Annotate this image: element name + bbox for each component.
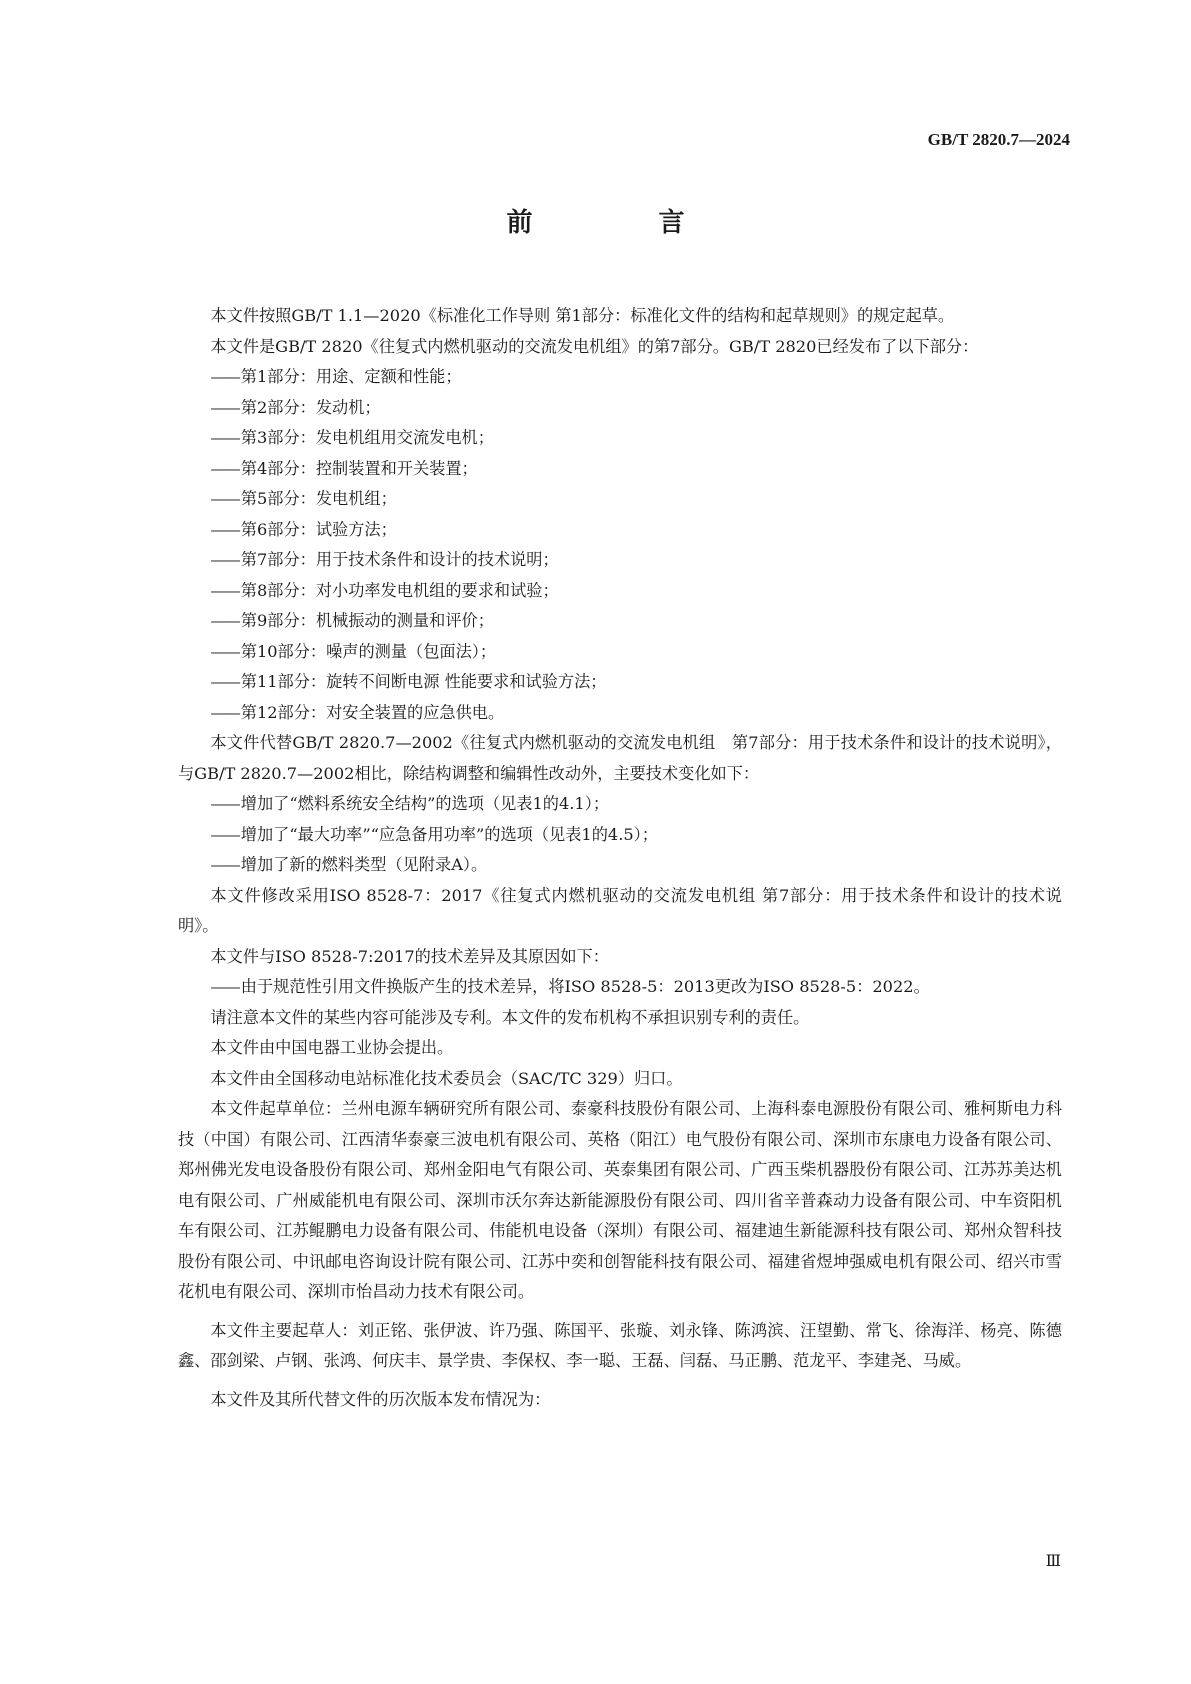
standard-code: GB/T 2820.7—2024 xyxy=(928,130,1070,150)
list-item: 第11部分：旋转不间断电源 性能要求和试验方法； xyxy=(178,667,1062,698)
list-item: 增加了“最大功率”“应急备用功率”的选项（见表1的4.5）； xyxy=(178,820,1062,851)
list-item: 增加了新的燃料类型（见附录A）。 xyxy=(178,850,1062,881)
list-item: 第6部分：试验方法； xyxy=(178,515,1062,546)
list-item: 增加了“燃料系统安全结构”的选项（见表1的4.1）； xyxy=(178,789,1062,820)
paragraph-adoption: 本文件修改采用ISO 8528-7：2017《往复式内燃机驱动的交流发电机组 第… xyxy=(178,881,1062,942)
list-item: 第8部分：对小功率发电机组的要求和试验； xyxy=(178,576,1062,607)
paragraph-replaces: 本文件代替GB/T 2820.7—2002《往复式内燃机驱动的交流发电机组 第7… xyxy=(178,728,1062,789)
changes-list: 增加了“燃料系统安全结构”的选项（见表1的4.1）； 增加了“最大功率”“应急备… xyxy=(178,789,1062,881)
list-item: 第7部分：用于技术条件和设计的技术说明； xyxy=(178,545,1062,576)
foreword-body: 本文件按照GB/T 1.1—2020《标准化工作导则 第1部分：标准化文件的结构… xyxy=(178,301,1062,1415)
page-title: 前 言 xyxy=(0,202,1191,239)
paragraph-differences-intro: 本文件与ISO 8528-7:2017的技术差异及其原因如下： xyxy=(178,942,1062,973)
paragraph-series-intro: 本文件是GB/T 2820《往复式内燃机驱动的交流发电机组》的第7部分。GB/T… xyxy=(178,332,1062,363)
list-item: 第9部分：机械振动的测量和评价； xyxy=(178,606,1062,637)
list-item: 第3部分：发电机组用交流发电机； xyxy=(178,423,1062,454)
paragraph-proposer: 本文件由中国电器工业协会提出。 xyxy=(178,1033,1062,1064)
page-number: Ⅲ xyxy=(1046,1551,1061,1571)
paragraph-committee: 本文件由全国移动电站标准化技术委员会（SAC/TC 329）归口。 xyxy=(178,1064,1062,1095)
list-item: 第1部分：用途、定额和性能； xyxy=(178,362,1062,393)
paragraph-drafters: 本文件主要起草人：刘正铭、张伊波、许乃强、陈国平、张璇、刘永锋、陈鸿滨、汪望勤、… xyxy=(178,1316,1062,1377)
paragraph-drafting-units: 本文件起草单位：兰州电源车辆研究所有限公司、泰豪科技股份有限公司、上海科泰电源股… xyxy=(178,1094,1062,1308)
paragraph-history: 本文件及其所代替文件的历次版本发布情况为： xyxy=(178,1385,1062,1416)
list-item: 第12部分：对安全装置的应急供电。 xyxy=(178,698,1062,729)
list-item: 第2部分：发动机； xyxy=(178,393,1062,424)
list-item: 由于规范性引用文件换版产生的技术差异，将ISO 8528-5：2013更改为IS… xyxy=(178,972,1062,1003)
differences-list: 由于规范性引用文件换版产生的技术差异，将ISO 8528-5：2013更改为IS… xyxy=(178,972,1062,1003)
paragraph-patent-notice: 请注意本文件的某些内容可能涉及专利。本文件的发布机构不承担识别专利的责任。 xyxy=(178,1003,1062,1034)
parts-list: 第1部分：用途、定额和性能； 第2部分：发动机； 第3部分：发电机组用交流发电机… xyxy=(178,362,1062,728)
list-item: 第5部分：发电机组； xyxy=(178,484,1062,515)
list-item: 第10部分：噪声的测量（包面法）； xyxy=(178,637,1062,668)
list-item: 第4部分：控制装置和开关装置； xyxy=(178,454,1062,485)
paragraph-drafting-rules: 本文件按照GB/T 1.1—2020《标准化工作导则 第1部分：标准化文件的结构… xyxy=(178,301,1062,332)
